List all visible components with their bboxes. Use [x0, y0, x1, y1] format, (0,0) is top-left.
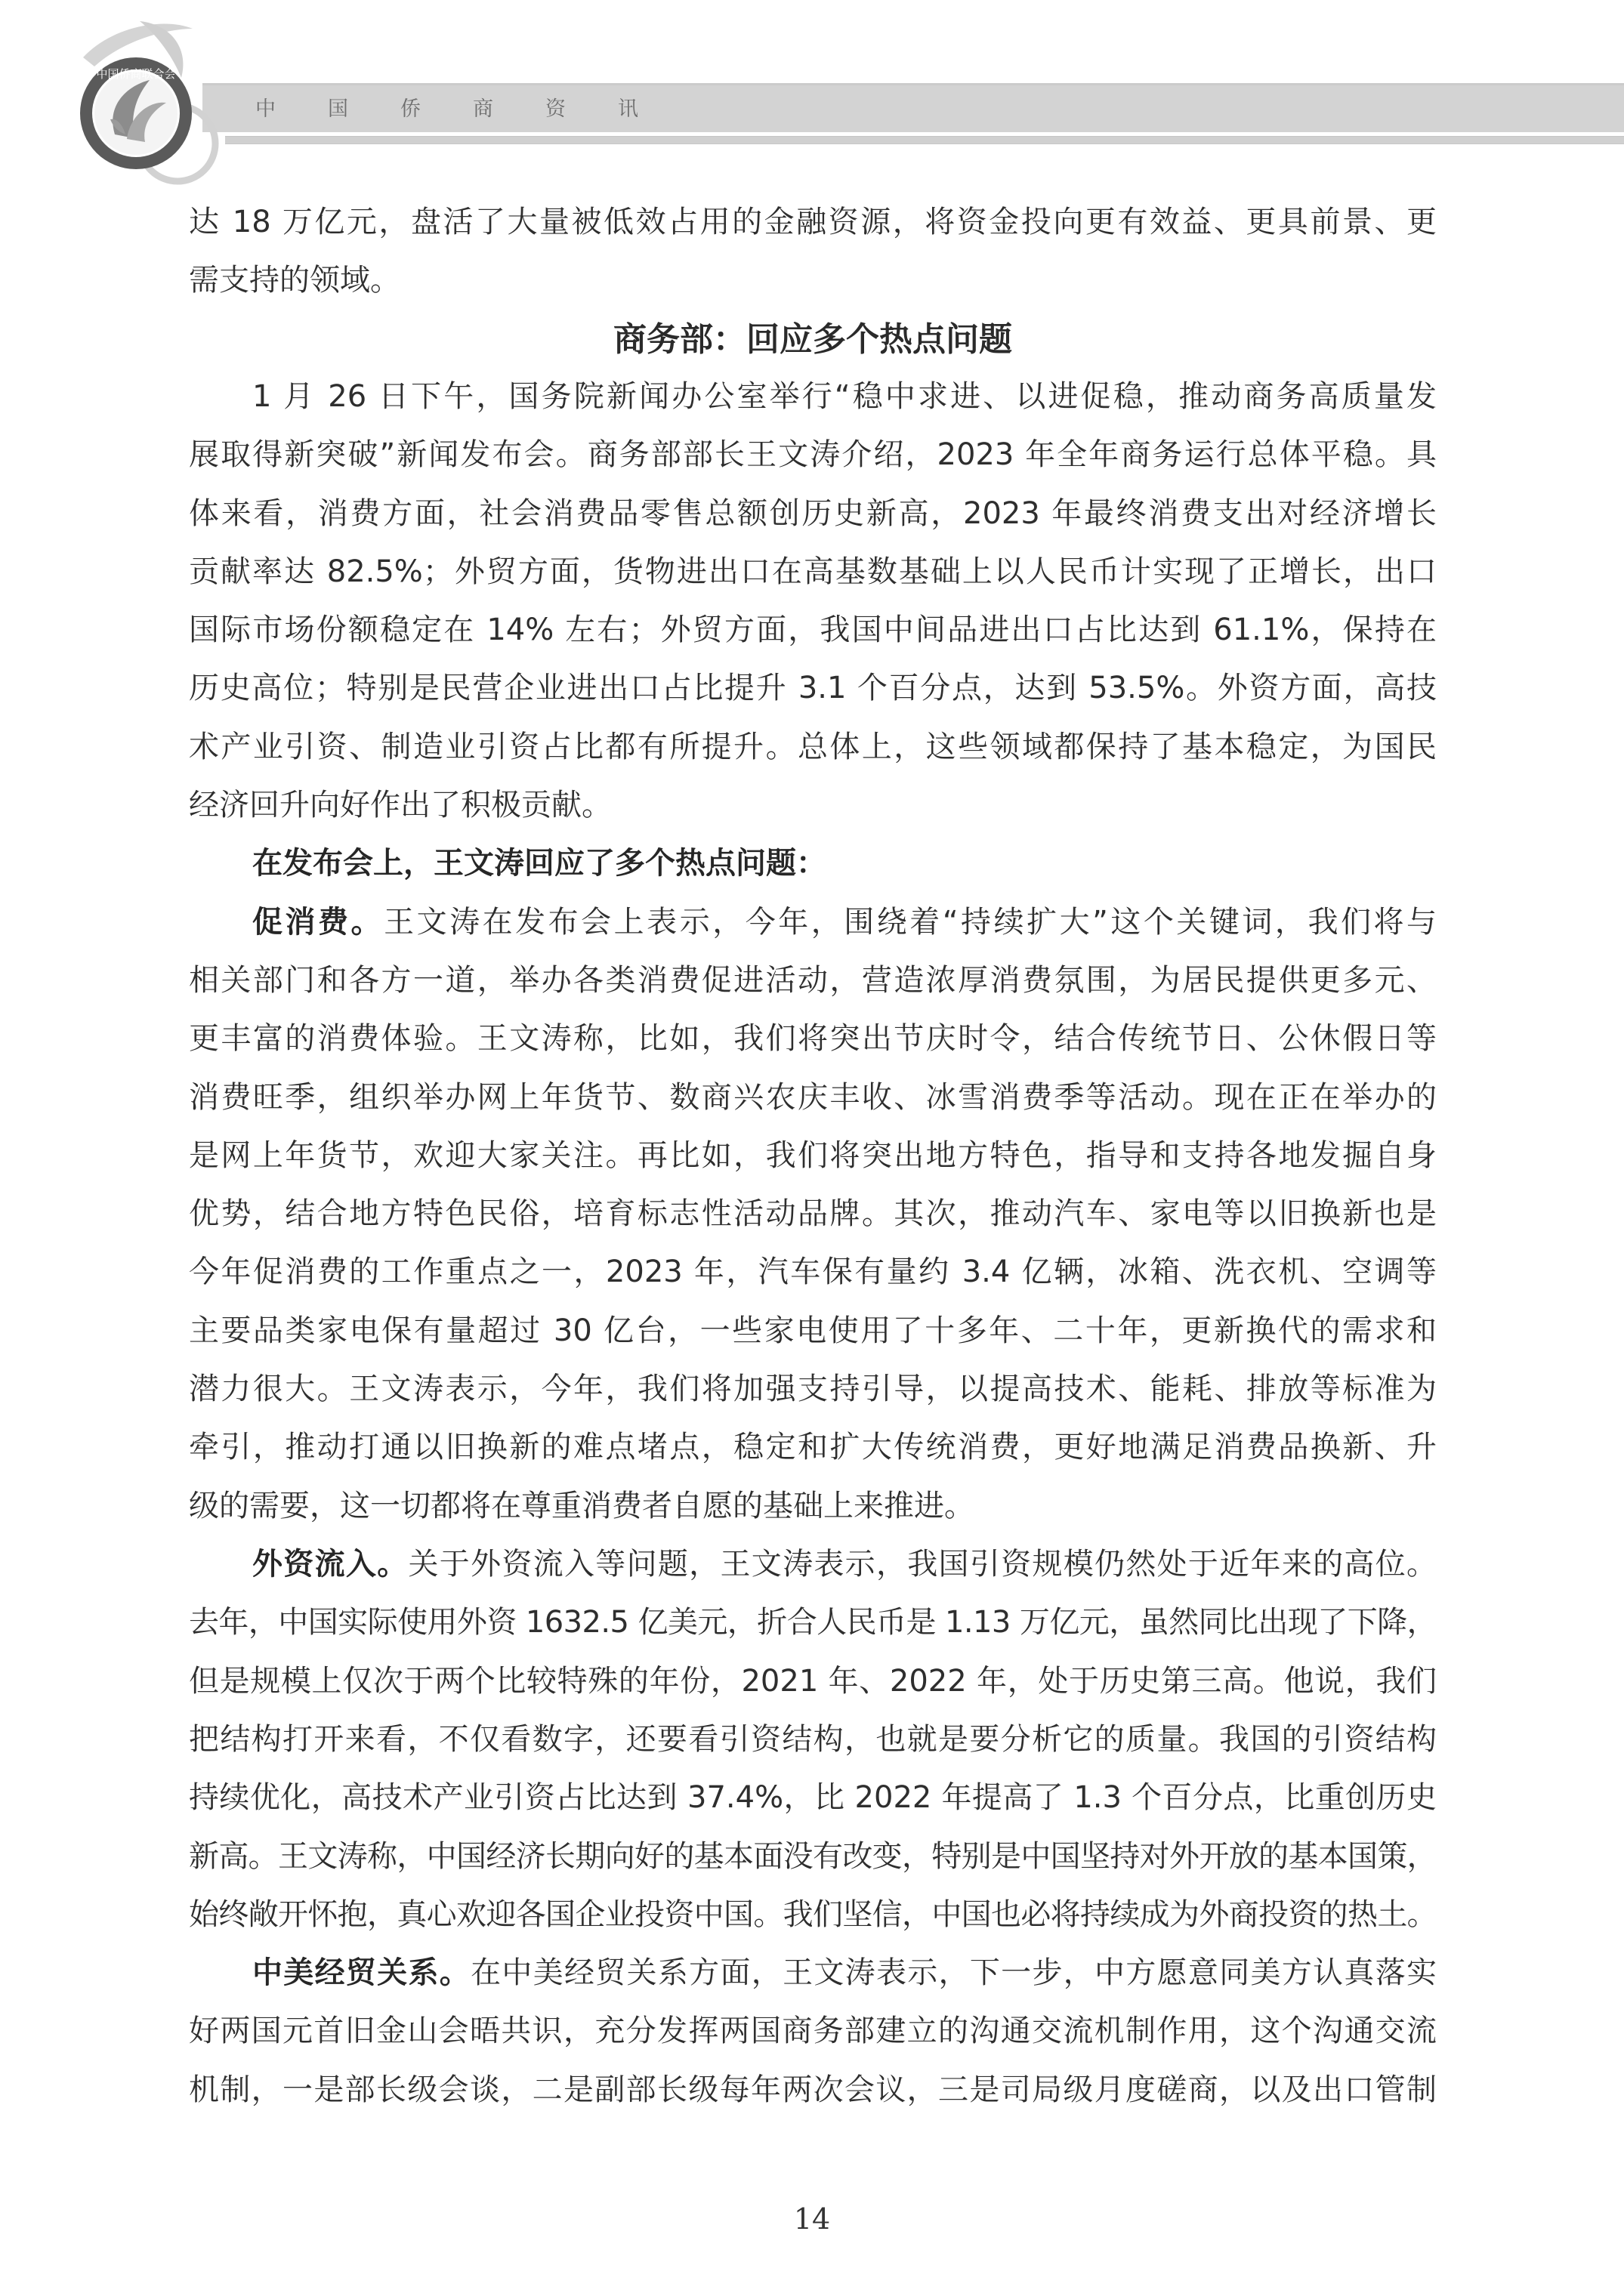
paragraph-line: 级的需要，这一切都将在尊重消费者自愿的基础上来推进。	[189, 1489, 1437, 1523]
publication-title-char: 讯	[618, 92, 690, 122]
svg-text:中国侨商联合会: 中国侨商联合会	[96, 67, 175, 81]
paragraph-line: 术产业引资、制造业引资占比都有所提升。总体上，这些领域都保持了基本稳定，为国民	[189, 730, 1437, 764]
bold-lead-in: 促消费。	[252, 905, 384, 940]
line-text: 消费旺季，组织举办网上年货节、数商兴农庆丰收、冰雪消费季等活动。现在正在举办的	[189, 1080, 1437, 1115]
paragraph-line: 始终敞开怀抱，真心欢迎各国企业投资中国。我们坚信，中国也必将持续成为外商投资的热…	[189, 1897, 1437, 1932]
paragraph-line: 在发布会上，王文涛回应了多个热点问题：	[252, 846, 1437, 881]
publication-title-char: 资	[545, 92, 618, 122]
paragraph-line: 贡献率达 82.5%；外贸方面，货物进出口在高基数基础上以人民币计实现了正增长，…	[189, 554, 1437, 589]
federation-logo-icon: 中国侨商联合会	[60, 6, 234, 187]
bold-lead-in: 在发布会上，王文涛回应了多个热点问题：	[252, 846, 826, 881]
paragraph-line: 促消费。王文涛在发布会上表示，今年，围绕着“持续扩大”这个关键词，我们将与	[252, 905, 1437, 940]
paragraph-line: 经济回升向好作出了积极贡献。	[189, 788, 1437, 822]
paragraph-line: 需支持的领域。	[189, 263, 1437, 298]
paragraph-line: 相关部门和各方一道，举办各类消费促进活动，营造浓厚消费氛围，为居民提供更多元、	[189, 963, 1437, 998]
header-divider	[225, 136, 1624, 144]
paragraph-line: 机制，一是部长级会谈，二是副部长级每年两次会议，三是司局级月度磋商，以及出口管制	[189, 2072, 1437, 2107]
line-text: 机制，一是部长级会谈，二是副部长级每年两次会议，三是司局级月度磋商，以及出口管制	[189, 2072, 1437, 2107]
publication-title-char: 商	[473, 92, 545, 122]
paragraph-line: 但是规模上仅次于两个比较特殊的年份，2021 年、2022 年，处于历史第三高。…	[189, 1664, 1437, 1699]
publication-title: 中 国 侨 商 资 讯	[255, 83, 690, 130]
line-text: 优势，结合地方特色民俗，培育标志性活动品牌。其次，推动汽车、家电等以旧换新也是	[189, 1196, 1437, 1231]
paragraph-line: 国际市场份额稳定在 14% 左右；外贸方面，我国中间品进出口占比达到 61.1%…	[189, 613, 1437, 647]
line-text: 展取得新突破”新闻发布会。商务部部长王文涛介绍，2023 年全年商务运行总体平稳…	[189, 437, 1437, 472]
line-text: 王文涛在发布会上表示，今年，围绕着“持续扩大”这个关键词，我们将与	[384, 905, 1437, 940]
line-text: 新高。王文涛称，中国经济长期向好的基本面没有改变，特别是中国坚持对外开放的基本国…	[189, 1839, 1437, 1874]
line-text: 今年促消费的工作重点之一，2023 年，汽车保有量约 3.4 亿辆，冰箱、洗衣机…	[189, 1255, 1437, 1289]
paragraph-line: 主要品类家电保有量超过 30 亿台，一些家电使用了十多年、二十年，更新换代的需求…	[189, 1313, 1437, 1348]
paragraph-line: 今年促消费的工作重点之一，2023 年，汽车保有量约 3.4 亿辆，冰箱、洗衣机…	[189, 1255, 1437, 1289]
line-text: 达 18 万亿元，盘活了大量被低效占用的金融资源，将资金投向更有效益、更具前景、…	[189, 205, 1437, 239]
line-text: 经济回升向好作出了积极贡献。	[189, 788, 612, 822]
line-text: 需支持的领域。	[189, 263, 400, 298]
bold-lead-in: 中美经贸关系。	[252, 1955, 471, 1990]
line-text: 贡献率达 82.5%；外贸方面，货物进出口在高基数基础上以人民币计实现了正增长，…	[189, 554, 1437, 589]
line-text: 持续优化，高技术产业引资占比达到 37.4%，比 2022 年提高了 1.3 个…	[189, 1780, 1437, 1815]
publication-title-char: 侨	[400, 92, 473, 122]
paragraph-line: 中美经贸关系。在中美经贸关系方面，王文涛表示，下一步，中方愿意同美方认真落实	[252, 1955, 1437, 1990]
bold-lead-in: 外资流入。	[252, 1547, 409, 1582]
paragraph-line: 去年，中国实际使用外资 1632.5 亿美元，折合人民币是 1.13 万亿元，虽…	[189, 1605, 1437, 1640]
page-number: 14	[0, 2202, 1624, 2236]
line-text: 在中美经贸关系方面，王文涛表示，下一步，中方愿意同美方认真落实	[471, 1955, 1437, 1990]
paragraph-line: 更丰富的消费体验。王文涛称，比如，我们将突出节庆时令，结合传统节日、公休假日等	[189, 1021, 1437, 1056]
line-text: 更丰富的消费体验。王文涛称，比如，我们将突出节庆时令，结合传统节日、公休假日等	[189, 1021, 1437, 1056]
line-text: 好两国元首旧金山会晤共识，充分发挥两国商务部建立的沟通交流机制作用，这个沟通交流	[189, 2014, 1437, 2048]
line-text: 始终敞开怀抱，真心欢迎各国企业投资中国。我们坚信，中国也必将持续成为外商投资的热…	[189, 1897, 1437, 1932]
paragraph-line: 新高。王文涛称，中国经济长期向好的基本面没有改变，特别是中国坚持对外开放的基本国…	[189, 1839, 1437, 1874]
line-text: 历史高位；特别是民营企业进出口占比提升 3.1 个百分点，达到 53.5%。外资…	[189, 671, 1437, 705]
line-text: 主要品类家电保有量超过 30 亿台，一些家电使用了十多年、二十年，更新换代的需求…	[189, 1313, 1437, 1348]
paragraph-line: 达 18 万亿元，盘活了大量被低效占用的金融资源，将资金投向更有效益、更具前景、…	[189, 205, 1437, 239]
section-title: 商务部：回应多个热点问题	[189, 320, 1437, 360]
line-text: 术产业引资、制造业引资占比都有所提升。总体上，这些领域都保持了基本稳定，为国民	[189, 730, 1437, 764]
paragraph-line: 优势，结合地方特色民俗，培育标志性活动品牌。其次，推动汽车、家电等以旧换新也是	[189, 1196, 1437, 1231]
paragraph-line: 历史高位；特别是民营企业进出口占比提升 3.1 个百分点，达到 53.5%。外资…	[189, 671, 1437, 705]
publication-title-char: 国	[328, 92, 400, 122]
paragraph-line: 潜力很大。王文涛表示，今年，我们将加强支持引导，以提高技术、能耗、排放等标准为	[189, 1372, 1437, 1406]
line-text: 级的需要，这一切都将在尊重消费者自愿的基础上来推进。	[189, 1489, 974, 1523]
paragraph-line: 1 月 26 日下午，国务院新闻办公室举行“稳中求进、以进促稳，推动商务高质量发	[252, 379, 1437, 414]
publication-title-char: 中	[255, 92, 328, 122]
paragraph-line: 展取得新突破”新闻发布会。商务部部长王文涛介绍，2023 年全年商务运行总体平稳…	[189, 437, 1437, 472]
line-text: 国际市场份额稳定在 14% 左右；外贸方面，我国中间品进出口占比达到 61.1%…	[189, 613, 1437, 647]
line-text: 把结构打开来看，不仅看数字，还要看引资结构，也就是要分析它的质量。我国的引资结构	[189, 1722, 1437, 1757]
paragraph-line: 牵引，推动打通以旧换新的难点堵点，稳定和扩大传统消费，更好地满足消费品换新、升	[189, 1430, 1437, 1464]
line-text: 相关部门和各方一道，举办各类消费促进活动，营造浓厚消费氛围，为居民提供更多元、	[189, 963, 1437, 998]
paragraph-line: 是网上年货节，欢迎大家关注。再比如，我们将突出地方特色，指导和支持各地发掘自身	[189, 1138, 1437, 1173]
line-text: 关于外资流入等问题，王文涛表示，我国引资规模仍然处于近年来的高位。	[409, 1547, 1437, 1582]
paragraph-line: 好两国元首旧金山会晤共识，充分发挥两国商务部建立的沟通交流机制作用，这个沟通交流	[189, 2014, 1437, 2048]
line-text: 牵引，推动打通以旧换新的难点堵点，稳定和扩大传统消费，更好地满足消费品换新、升	[189, 1430, 1437, 1464]
paragraph-line: 外资流入。关于外资流入等问题，王文涛表示，我国引资规模仍然处于近年来的高位。	[252, 1547, 1437, 1582]
paragraph-line: 把结构打开来看，不仅看数字，还要看引资结构，也就是要分析它的质量。我国的引资结构	[189, 1722, 1437, 1757]
line-text: 1 月 26 日下午，国务院新闻办公室举行“稳中求进、以进促稳，推动商务高质量发	[252, 379, 1437, 414]
line-text: 体来看，消费方面，社会消费品零售总额创历史新高，2023 年最终消费支出对经济增…	[189, 496, 1437, 531]
line-text: 是网上年货节，欢迎大家关注。再比如，我们将突出地方特色，指导和支持各地发掘自身	[189, 1138, 1437, 1173]
line-text: 潜力很大。王文涛表示，今年，我们将加强支持引导，以提高技术、能耗、排放等标准为	[189, 1372, 1437, 1406]
paragraph-line: 持续优化，高技术产业引资占比达到 37.4%，比 2022 年提高了 1.3 个…	[189, 1780, 1437, 1815]
line-text: 去年，中国实际使用外资 1632.5 亿美元，折合人民币是 1.13 万亿元，虽…	[189, 1605, 1437, 1640]
line-text: 但是规模上仅次于两个比较特殊的年份，2021 年、2022 年，处于历史第三高。…	[189, 1664, 1437, 1699]
paragraph-line: 消费旺季，组织举办网上年货节、数商兴农庆丰收、冰雪消费季等活动。现在正在举办的	[189, 1080, 1437, 1115]
paragraph-line: 体来看，消费方面，社会消费品零售总额创历史新高，2023 年最终消费支出对经济增…	[189, 496, 1437, 531]
